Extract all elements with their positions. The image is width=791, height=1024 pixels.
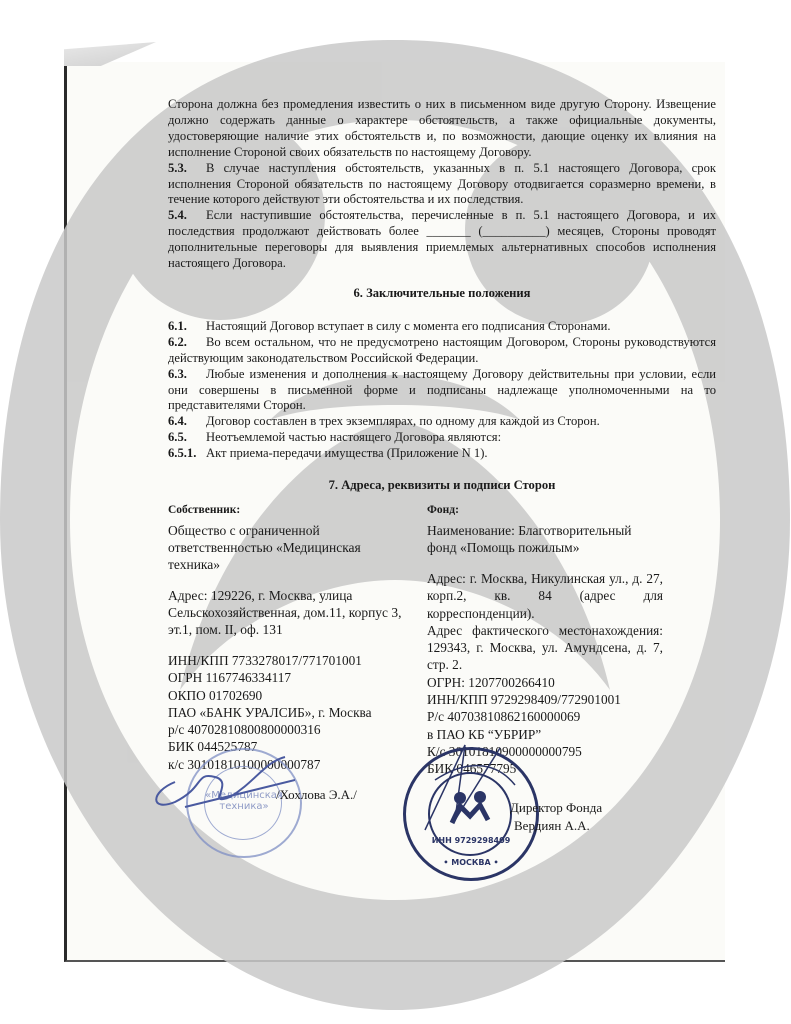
clause-5-4: 5.4.Если наступившие обстоятельства, пер… — [168, 208, 716, 272]
clause-6-1: 6.1.Настоящий Договор вступает в силу с … — [168, 319, 716, 335]
clause-5-3: 5.3.В случае наступления обстоятельств, … — [168, 161, 716, 209]
owner-ogrn: ОГРН 1167746334117 — [168, 669, 413, 686]
clause-text: Настоящий Договор вступает в силу с моме… — [206, 319, 611, 333]
owner-name: Общество с ограниченной ответственностью… — [168, 522, 368, 573]
clause-6-3: 6.3.Любые изменения и дополнения к насто… — [168, 367, 716, 415]
fund-name: Наименование: Благотворительный фонд «По… — [427, 522, 663, 556]
clause-number: 5.3. — [168, 161, 206, 177]
clause-text: Неотъемлемой частью настоящего Договора … — [206, 430, 501, 444]
clause-number: 6.1. — [168, 319, 206, 335]
owner-signatory: /Хохлова Э.А./ — [276, 787, 357, 803]
fund-account: Р/с 40703810862160000069 — [427, 708, 663, 725]
section-6-heading: 6. Заключительные положения — [168, 286, 716, 302]
fund-address: Адрес: г. Москва, Никулинская ул., д. 27… — [427, 570, 663, 622]
clause-6-5: 6.5.Неотъемлемой частью настоящего Догов… — [168, 430, 716, 446]
document-body: Сторона должна без промедления известить… — [168, 97, 716, 508]
clause-number: 6.2. — [168, 335, 206, 351]
clause-text: Любые изменения и дополнения к настоящем… — [168, 367, 716, 413]
clause-text: Акт приема-передачи имущества (Приложени… — [206, 446, 488, 460]
owner-label: Собственник: — [168, 504, 413, 516]
fund-signatory-name: Вердиян А.А. — [514, 818, 590, 834]
clause-number: 5.4. — [168, 208, 206, 224]
clause-text: Если наступившие обстоятельства, перечис… — [168, 208, 716, 270]
fund-signatory-title: Директор Фонда — [510, 800, 602, 816]
clause-6-2: 6.2.Во всем остальном, что не предусмотр… — [168, 335, 716, 367]
owner-inn-kpp: ИНН/КПП 7733278017/771701001 — [168, 652, 413, 669]
clause-number: 6.5.1. — [168, 446, 206, 462]
clause-number: 6.4. — [168, 414, 206, 430]
section-7-heading: 7. Адреса, реквизиты и подписи Сторон — [168, 478, 716, 494]
owner-bank: ПАО «БАНК УРАЛСИБ», г. Москва — [168, 704, 413, 721]
fund-actual-address: Адрес фактического местонахождения: 1293… — [427, 622, 663, 674]
clause-text: В случае наступления обстоятельств, указ… — [168, 161, 716, 207]
intro-paragraph: Сторона должна без промедления известить… — [168, 97, 716, 161]
fund-signature-icon — [405, 740, 525, 850]
clause-number: 6.3. — [168, 367, 206, 383]
owner-address: Адрес: 129226, г. Москва, улица Сельскох… — [168, 587, 413, 638]
clause-text: Во всем остальном, что не предусмотрено … — [168, 335, 716, 365]
fund-stamp-city: • МОСКВА • — [406, 858, 536, 867]
clause-number: 6.5. — [168, 430, 206, 446]
clause-6-4: 6.4.Договор составлен в трех экземплярах… — [168, 414, 716, 430]
owner-signature-icon — [145, 752, 295, 822]
owner-account: р/с 40702810800800000316 — [168, 721, 413, 738]
fund-ogrn: ОГРН: 1207700266410 — [427, 674, 663, 691]
fund-inn-kpp: ИНН/КПП 9729298409/772901001 — [427, 691, 663, 708]
clause-6-5-1: 6.5.1.Акт приема-передачи имущества (При… — [168, 446, 716, 462]
owner-okpo: ОКПО 01702690 — [168, 687, 413, 704]
fund-requisites: Фонд: Наименование: Благотворительный фо… — [427, 504, 663, 778]
owner-requisites: Собственник: Общество с ограниченной отв… — [168, 504, 413, 773]
clause-text: Договор составлен в трех экземплярах, по… — [206, 414, 600, 428]
fund-label: Фонд: — [427, 504, 663, 516]
